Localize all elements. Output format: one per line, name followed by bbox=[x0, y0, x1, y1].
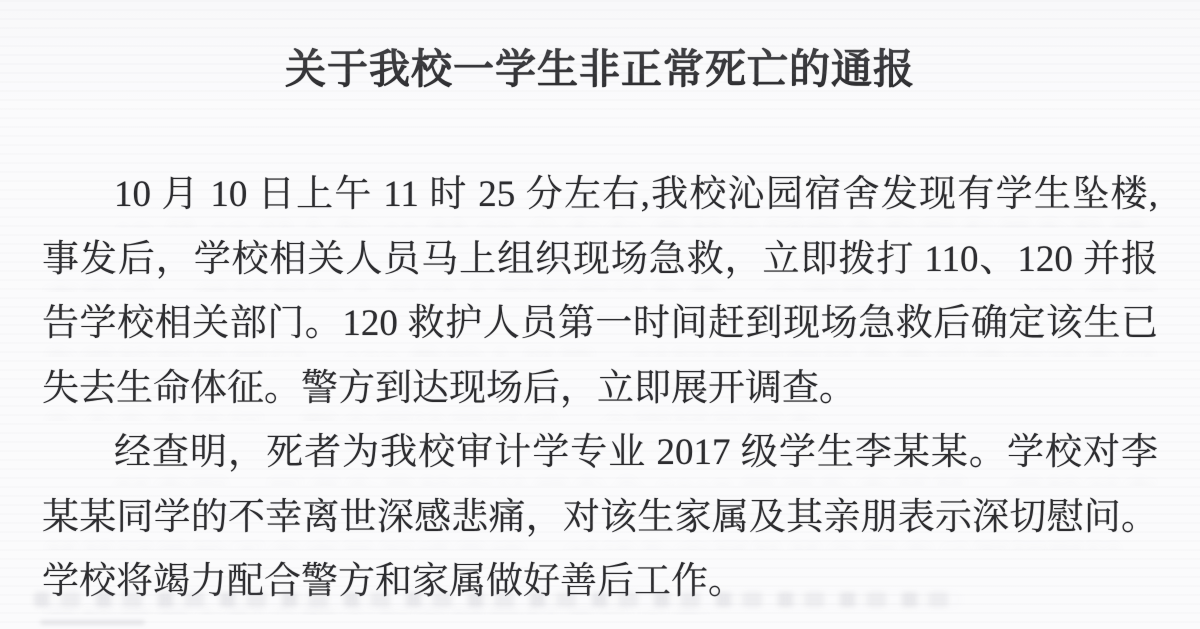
notice-line-4: 失去生命体征。警方到达现场后，立即展开调查。 bbox=[42, 357, 1158, 422]
faded-cutoff-line-artifact bbox=[34, 592, 962, 607]
notice-line-2: 事发后，学校相关人员马上组织现场急救，立即拨打 110、120 并报 bbox=[42, 228, 1158, 293]
notice-line-1: 10 月 10 日上午 11 时 25 分左右,我校沁园宿舍发现有学生坠楼, bbox=[42, 163, 1158, 228]
notice-line-6: 某某同学的不幸离世深感悲痛，对该生家属及其亲朋表示深切慰问。 bbox=[42, 486, 1158, 551]
notice-line-5: 经查明，死者为我校审计学专业 2017 级学生李某某。学校对李 bbox=[42, 421, 1158, 486]
notice-document: 关于我校一学生非正常死亡的通报 10 月 10 日上午 11 时 25 分左右,… bbox=[0, 0, 1200, 629]
notice-line-3: 告学校相关部门。120 救护人员第一时间赶到现场急救后确定该生已 bbox=[42, 292, 1158, 357]
notice-body: 10 月 10 日上午 11 时 25 分左右,我校沁园宿舍发现有学生坠楼, 事… bbox=[42, 163, 1158, 615]
scan-smudge-artifact bbox=[40, 620, 145, 625]
notice-title: 关于我校一学生非正常死亡的通报 bbox=[0, 36, 1200, 95]
